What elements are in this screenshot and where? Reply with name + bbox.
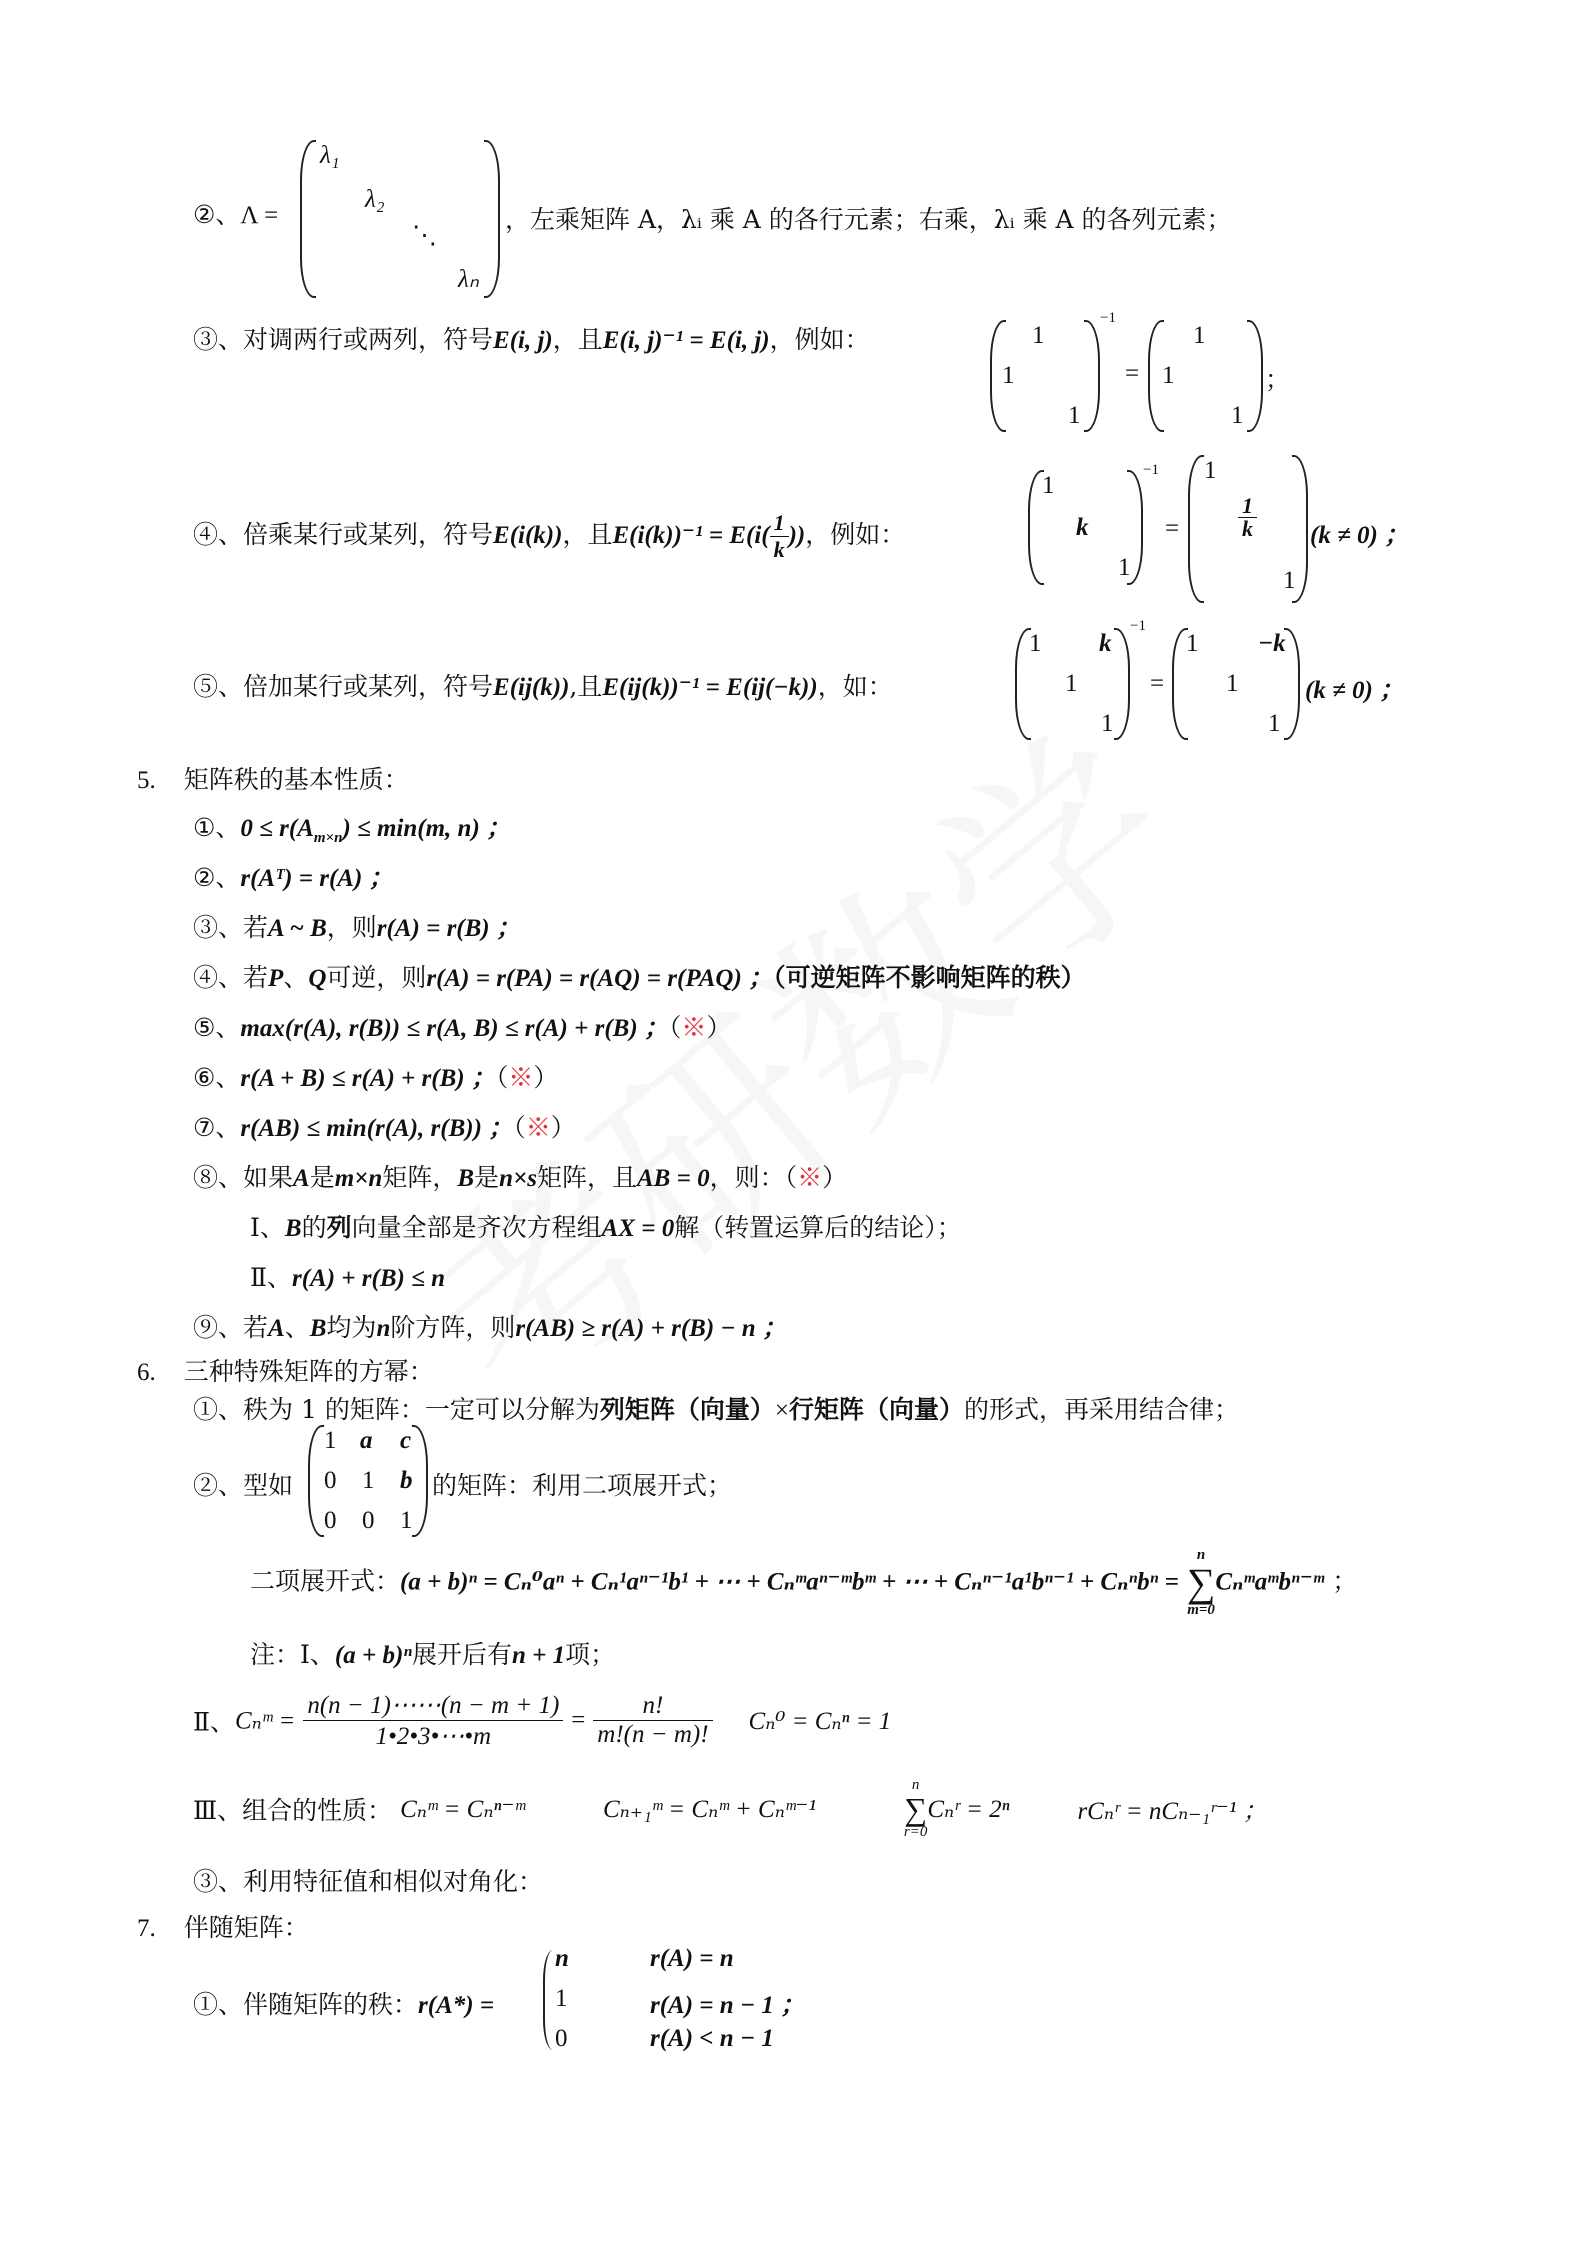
rank-prop-8: ⑧、如果A是m×n矩阵，B是n×s矩阵，且AB = 0，则：（※） — [193, 1158, 847, 1194]
rank-prop-5: ⑤、max(r(A), r(B)) ≤ r(A, B) ≤ r(A) + r(B… — [193, 1008, 731, 1044]
case-val-3: 0 — [555, 2025, 568, 2053]
swap-matrix-left: 1 1 1 — [990, 320, 1100, 432]
rank-prop-8-sub-2: Ⅱ、r(A) + r(B) ≤ n — [250, 1258, 445, 1294]
rank-prop-2: ②、r(Aᵀ) = r(A) ； — [193, 858, 394, 894]
sum-symbol: n∑r=0 — [904, 1778, 927, 1840]
rank-prop-1: ①、0 ≤ r(Am×n) ≤ min(m, n) ； — [193, 808, 511, 847]
rank-prop-3: ③、若A ~ B，则r(A) = r(B) ； — [193, 908, 521, 944]
note-2: Ⅱ、Cₙᵐ = n(n − 1)⋯⋯(n − m + 1)1•2•3•⋯•m =… — [193, 1690, 891, 1751]
important-flag: ※ — [681, 1013, 706, 1042]
rank-prop-4: ④、若P、Q可逆，则r(A) = r(PA) = r(AQ) = r(PAQ) … — [193, 958, 1086, 994]
item-scale: ④、倍乘某行或某列，符号E(i(k))，且E(i(k))⁻¹ = E(i(1k)… — [193, 510, 905, 563]
note-1: 注：Ⅰ、(a + b)ⁿ展开后有n + 1项； — [250, 1635, 615, 1671]
item-add: ⑤、倍加某行或某列，符号E(ij(k)),且E(ij(k))⁻¹ = E(ij(… — [193, 667, 893, 703]
diag-matrix: λ₁ λ₂ ⋱ λₙ — [300, 140, 500, 298]
lambda-lhs: Λ = — [240, 202, 278, 229]
power-item-2-text: 的矩阵：利用二项展开式； — [432, 1466, 732, 1502]
add-matrix-right: 1 −k 1 1 — [1172, 628, 1300, 740]
important-flag: ※ — [797, 1163, 822, 1192]
section-6-heading: 6.三种特殊矩阵的方幂： — [137, 1352, 434, 1388]
rank-prop-9: ⑨、若A、B均为n阶方阵，则r(AB) ≥ r(A) + r(B) − n ； — [193, 1308, 787, 1344]
rank-prop-7: ⑦、r(AB) ≤ min(r(A), r(B)) ；（※） — [193, 1108, 576, 1144]
rank-prop-6: ⑥、r(A + B) ≤ r(A) + r(B) ；（※） — [193, 1058, 558, 1094]
case-cond-1: r(A) = n — [650, 1945, 734, 1973]
section-7-heading: 7.伴随矩阵： — [137, 1908, 309, 1944]
item-swap: ③、对调两行或两列，符号E(i, j)，且E(i, j)⁻¹ = E(i, j)… — [193, 320, 870, 356]
power-item-1: ①、秩为 1 的矩阵：一定可以分解为列矩阵（向量）×行矩阵（向量）的形式，再采用… — [193, 1390, 1239, 1426]
power-item-2-label: ②、型如 — [193, 1466, 293, 1502]
section-5-heading: 5.矩阵秩的基本性质： — [137, 760, 409, 796]
case-cond-3: r(A) < n − 1 — [650, 2025, 774, 2053]
item-lambda: ②、Λ = — [193, 195, 278, 231]
case-val-2: 1 — [555, 1985, 568, 2013]
lambda-desc: ，左乘矩阵 A，λᵢ 乘 A 的各行元素；右乘，λᵢ 乘 A 的各列元素； — [505, 200, 1232, 236]
case-val-1: n — [555, 1945, 569, 1973]
scale-matrix-left: 1 k 1 — [1028, 470, 1143, 585]
power-item-3: ③、利用特征值和相似对角化： — [193, 1862, 543, 1898]
sum-symbol: n∑m=0 — [1187, 1548, 1216, 1618]
rank-prop-8-sub-1: Ⅰ、B的列向量全部是齐次方程组AX = 0解（转置运算后的结论）； — [250, 1208, 962, 1244]
scale-matrix-right: 1 1k 1 — [1188, 455, 1308, 603]
binomial-expansion: 二项展开式：(a + b)ⁿ = Cₙ⁰aⁿ + Cₙ¹aⁿ⁻¹b¹ + ⋯ +… — [250, 1548, 1357, 1618]
note-3: Ⅲ、组合的性质： Cₙᵐ = Cₙⁿ⁻ᵐ Cₙ₊₁ᵐ = Cₙᵐ + Cₙᵐ⁻¹… — [193, 1778, 1268, 1840]
case-cond-2: r(A) = n − 1 ； — [650, 1985, 805, 2021]
adjugate-rank-label: ①、伴随矩阵的秩：r(A*) = — [193, 1985, 494, 2021]
important-flag: ※ — [526, 1113, 551, 1142]
swap-matrix-right: 1 1 1 — [1148, 320, 1263, 432]
upper-triangular-matrix: 1 a c 0 1 b 0 0 1 — [308, 1425, 428, 1537]
add-matrix-left: 1 k 1 1 — [1015, 628, 1130, 740]
important-flag: ※ — [508, 1063, 533, 1092]
marker: ②、 — [193, 200, 240, 229]
